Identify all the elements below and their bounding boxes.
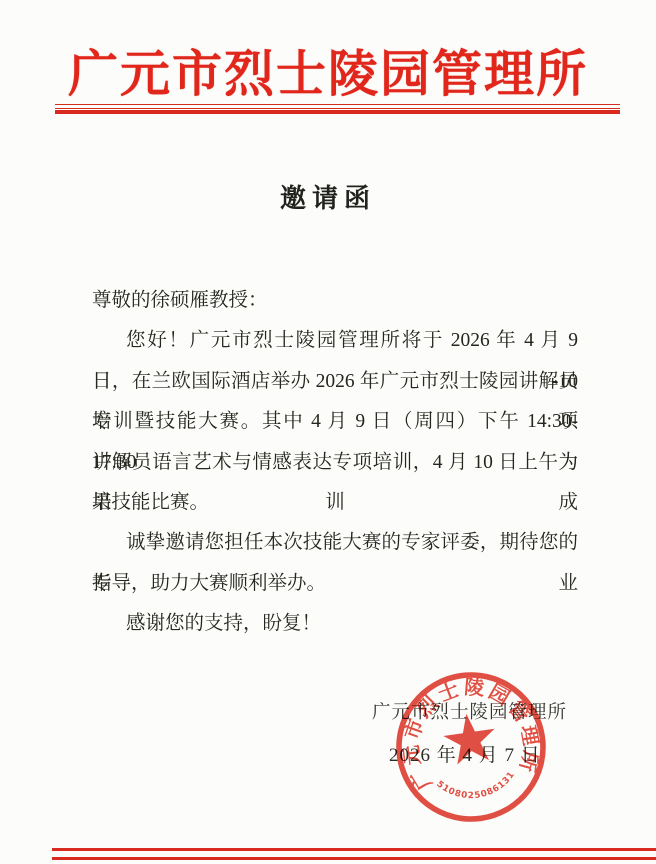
letter-line: 讲解员语言艺术与情感表达专项培训，4 月 10 日上午为培训成 (92, 443, 578, 483)
footer-rule-top (52, 848, 656, 851)
letterhead-rule-thick (55, 110, 620, 114)
letter-line: 您好！广元市烈士陵园管理所将于 2026 年 4 月 9 日-10 (92, 321, 578, 361)
letter-line: 培训暨技能大赛。其中 4 月 9 日（周四）下午 14:30-17:30 为 (92, 402, 578, 442)
letter-line: 感谢您的支持，盼复！ (92, 604, 578, 644)
letter-line: 诚挚邀请您担任本次技能大赛的专家评委，期待您的专业 (92, 523, 578, 563)
official-seal: 广元市烈士陵园管理所 5108025086131 (391, 667, 551, 827)
letter-line: 尊敬的徐硕雁教授： (92, 281, 578, 321)
seal-star (441, 710, 499, 766)
scanned-letter-page: 广元市烈士陵园管理所 邀请函 尊敬的徐硕雁教授：您好！广元市烈士陵园管理所将于 … (0, 0, 656, 864)
seal-number: 5108025086131 (433, 769, 519, 807)
footer-rule-bottom (52, 857, 656, 860)
letter-title: 邀请函 (0, 178, 656, 215)
letter-body: 尊敬的徐硕雁教授：您好！广元市烈士陵园管理所将于 2026 年 4 月 9 日-… (92, 281, 578, 645)
letterhead-org-name: 广元市烈士陵园管理所 (0, 34, 656, 106)
letter-line: 日，在兰欧国际酒店举办 2026 年广元市烈士陵园讲解员专项 (92, 362, 578, 402)
letterhead-rule-thin (55, 104, 620, 109)
